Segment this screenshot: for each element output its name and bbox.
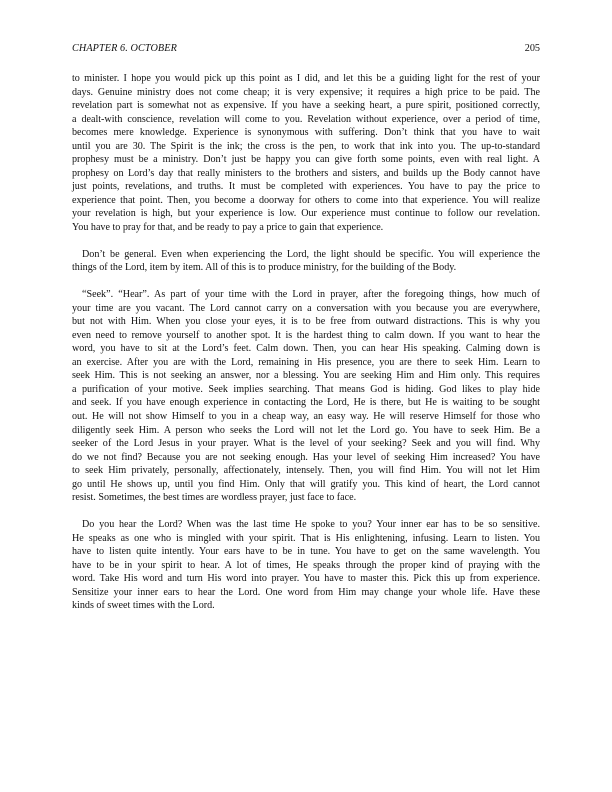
text-line: seeker of the Lord Jesus in your prayer.… <box>72 437 540 451</box>
text-line: and seek. If you have enough experience … <box>72 396 540 410</box>
text-line: to minister. I hope you would pick up th… <box>72 72 540 86</box>
text-line: days. Genuine ministry does not come che… <box>72 86 540 100</box>
text-line: word. Take His word and turn His word in… <box>72 572 540 586</box>
text-line: but not with Him. When you close your ey… <box>72 315 540 329</box>
text-line: have to listen quite intently. Your ears… <box>72 545 540 559</box>
text-line: have to be in your spirit to hear. A lot… <box>72 559 540 573</box>
text-line: things of the Lord, item by item. All of… <box>72 261 540 275</box>
paragraph-ministry-experience: to minister. I hope you would pick up th… <box>72 72 540 235</box>
paragraph-hear-the-lord: Do you hear the Lord? When was the last … <box>72 518 540 613</box>
text-line: resist. Sometimes, the best times are wo… <box>72 491 540 505</box>
text-line: Sensitize your inner ears to hear the Lo… <box>72 586 540 600</box>
text-line: word, you have to sit at the Lord’s feet… <box>72 342 540 356</box>
page-number: 205 <box>525 43 540 54</box>
text-line: your revelation is high, but your experi… <box>72 207 540 221</box>
paragraph-seek-hear: “Seek”. “Hear”. As part of your time wit… <box>72 288 540 505</box>
text-line: becomes mere knowledge. Experience is sy… <box>72 126 540 140</box>
text-line: even need to remove yourself to another … <box>72 329 540 343</box>
text-line: prophesy on Lord’s day that really minis… <box>72 167 540 181</box>
text-line: kinds of sweet times with the Lord. <box>72 599 540 613</box>
text-line: an exercise. After you are with the Lord… <box>72 356 540 370</box>
text-line: just points, revelations, and truths. It… <box>72 180 540 194</box>
text-line: a purification of your motive. Seek impl… <box>72 383 540 397</box>
running-header: CHAPTER 6. OCTOBER 205 <box>72 43 540 57</box>
text-line: do we not find? Because you are not seek… <box>72 451 540 465</box>
text-line: seek Him. This is not seeking an answer,… <box>72 369 540 383</box>
text-line: revelation part is somewhat not as expen… <box>72 99 540 113</box>
text-line: a dealt-with conscience, revelation will… <box>72 113 540 127</box>
text-line: He speaks as one who is mingled with you… <box>72 532 540 546</box>
text-line: prophesy must be a ministry. Don’t just … <box>72 153 540 167</box>
text-line: Don’t be general. Even when experiencing… <box>72 248 540 262</box>
text-line: to seek Him privately, personally, affec… <box>72 464 540 478</box>
text-line: experience that point. Then, you become … <box>72 194 540 208</box>
text-line: your time are you vacant. The Lord canno… <box>72 302 540 316</box>
text-line: “Seek”. “Hear”. As part of your time wit… <box>72 288 540 302</box>
document-page: CHAPTER 6. OCTOBER 205 to minister. I ho… <box>0 0 612 792</box>
paragraph-be-specific: Don’t be general. Even when experiencing… <box>72 248 540 275</box>
text-line: out. He will not show Himself to you in … <box>72 410 540 424</box>
text-line: Do you hear the Lord? When was the last … <box>72 518 540 532</box>
chapter-title: CHAPTER 6. OCTOBER <box>72 43 177 54</box>
text-line: until you are 30. The Spirit is the ink;… <box>72 140 540 154</box>
text-line: You have to pray for that, and be ready … <box>72 221 540 235</box>
page-body: to minister. I hope you would pick up th… <box>72 72 540 626</box>
text-line: diligently seek Him. A person who seeks … <box>72 424 540 438</box>
text-line: go until He shows up, until you find Him… <box>72 478 540 492</box>
